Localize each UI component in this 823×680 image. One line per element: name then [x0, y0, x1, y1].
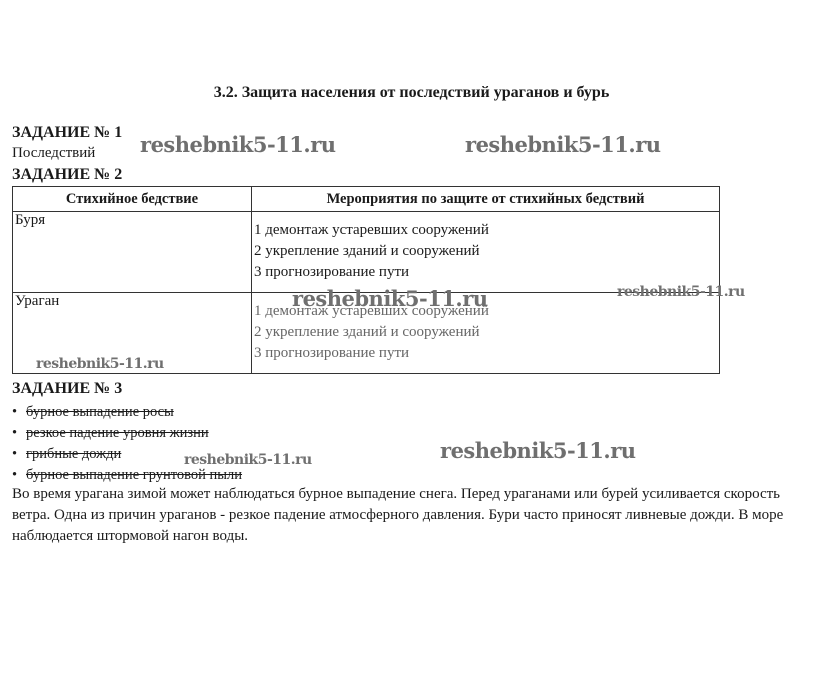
- measure-item: 2 укрепление зданий и сооружений: [254, 322, 717, 343]
- table-header-row: Стихийное бедствие Мероприятия по защите…: [13, 187, 720, 212]
- watermark: reshebnik5-11.ru: [184, 452, 312, 468]
- column-header: Стихийное бедствие: [13, 187, 252, 212]
- column-header: Мероприятия по защите от стихийных бедст…: [252, 187, 720, 212]
- list-item: резкое падение уровня жизни: [12, 423, 242, 444]
- measure-item: 3 прогнозирование пути: [254, 262, 717, 283]
- measure-item: 2 укрепление зданий и сооружений: [254, 241, 717, 262]
- watermark: reshebnik5-11.ru: [440, 438, 636, 463]
- list-item: бурное выпадение грунтовой пыли: [12, 465, 242, 486]
- list-item: бурное выпадение росы: [12, 402, 242, 423]
- struck-list: бурное выпадение росы резкое падение уро…: [12, 402, 242, 486]
- task3-heading: ЗАДАНИЕ № 3: [12, 380, 122, 398]
- measures-cell: 1 демонтаж устаревших сооружений 2 укреп…: [252, 212, 720, 293]
- watermark: reshebnik5-11.ru: [36, 356, 164, 372]
- measure-item: 1 демонтаж устаревших сооружений: [254, 220, 717, 241]
- task2-heading: ЗАДАНИЕ № 2: [12, 166, 122, 184]
- measures-table: Стихийное бедствие Мероприятия по защите…: [12, 186, 720, 374]
- watermark: reshebnik5-11.ru: [465, 132, 661, 157]
- watermark: reshebnik5-11.ru: [140, 132, 336, 157]
- measure-item: 3 прогнозирование пути: [254, 343, 717, 364]
- table-row: Буря 1 демонтаж устаревших сооружений 2 …: [13, 212, 720, 293]
- task3-paragraph: Во время урагана зимой может наблюдаться…: [12, 484, 802, 547]
- watermark: reshebnik5-11.ru: [292, 286, 488, 311]
- watermark: reshebnik5-11.ru: [617, 284, 745, 300]
- page-title: 3.2. Защита населения от последствий ура…: [0, 84, 823, 102]
- task1-heading: ЗАДАНИЕ № 1: [12, 124, 122, 142]
- disaster-cell: Буря: [13, 212, 252, 293]
- task1-answer: Последствий: [12, 145, 95, 162]
